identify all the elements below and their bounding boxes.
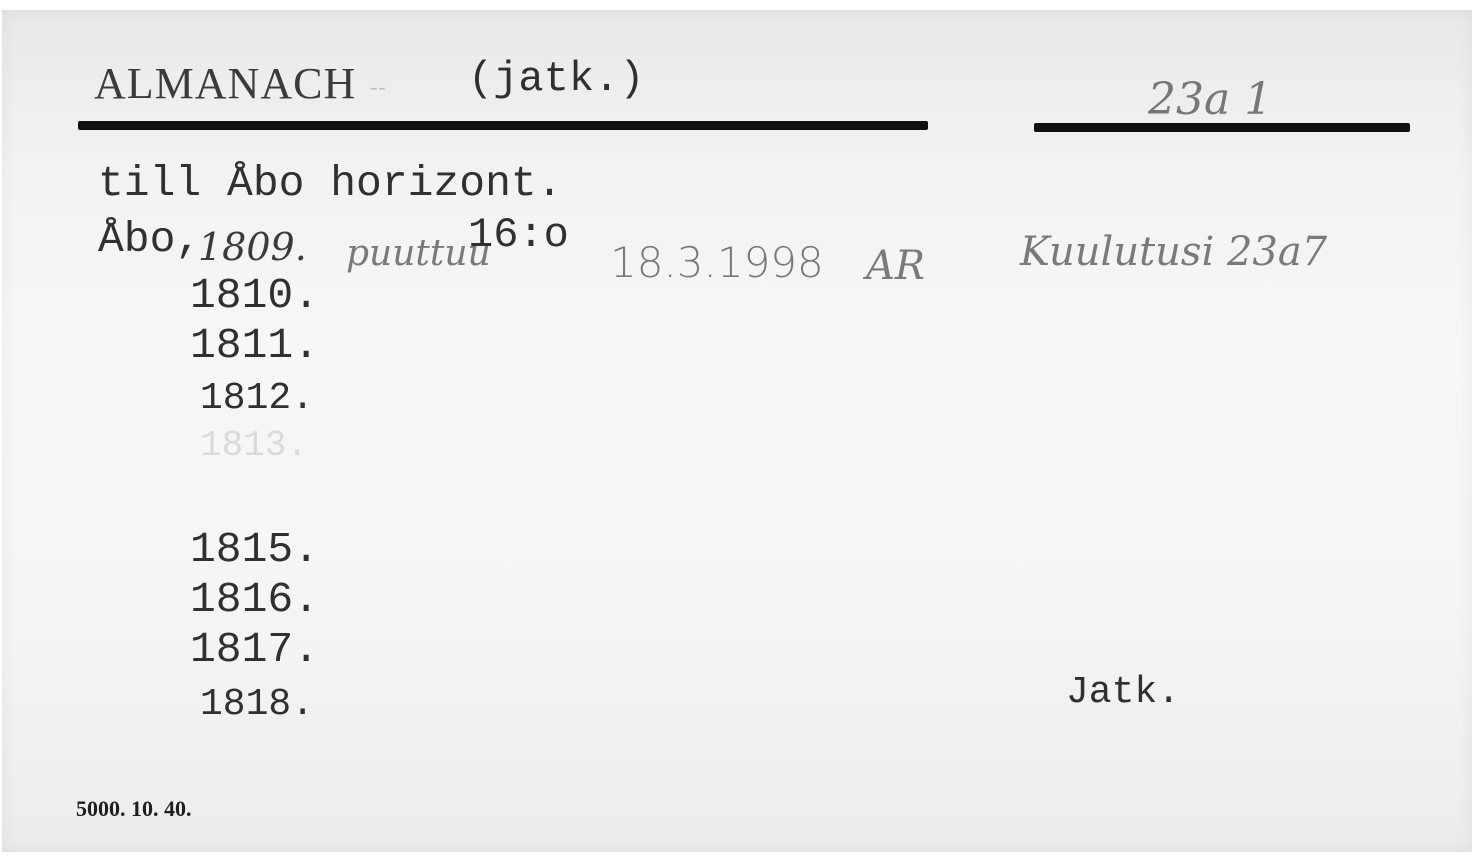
- note-initials: AR: [866, 246, 925, 286]
- note-reference: Kuulutusi 23a7: [1020, 232, 1327, 272]
- heading-rule-right: [1034, 123, 1410, 132]
- year-1810: 1810.: [190, 274, 319, 317]
- note-date: 18.3.1998: [610, 242, 824, 284]
- year-1812: 1812.: [200, 380, 314, 418]
- shelf-mark: 23a 1: [1148, 78, 1272, 122]
- card-heading: ALMANACH: [94, 62, 356, 106]
- imprint-place: Åbo,: [98, 218, 201, 261]
- year-1816: 1816.: [190, 578, 319, 621]
- heading-dash: --: [370, 76, 387, 98]
- imprint-year-handwritten: 1809.: [198, 228, 307, 266]
- year-1815: 1815.: [190, 528, 319, 571]
- catalog-card: ALMANACH -- (jatk.) 23a 1 till Åbo horiz…: [2, 10, 1472, 852]
- heading-rule-left: [78, 121, 928, 130]
- year-1818: 1818.: [200, 686, 314, 724]
- year-1817: 1817.: [190, 628, 319, 671]
- note-missing: puuttuu: [346, 236, 491, 272]
- continued-label: Jatk.: [1066, 674, 1180, 712]
- footer-print-code: 5000. 10. 40.: [76, 796, 192, 822]
- year-1813-faded: 1813.: [200, 428, 308, 464]
- title-line: till Åbo horizont.: [98, 162, 562, 205]
- heading-continuation: (jatk.): [468, 58, 644, 100]
- year-1811: 1811.: [190, 324, 319, 367]
